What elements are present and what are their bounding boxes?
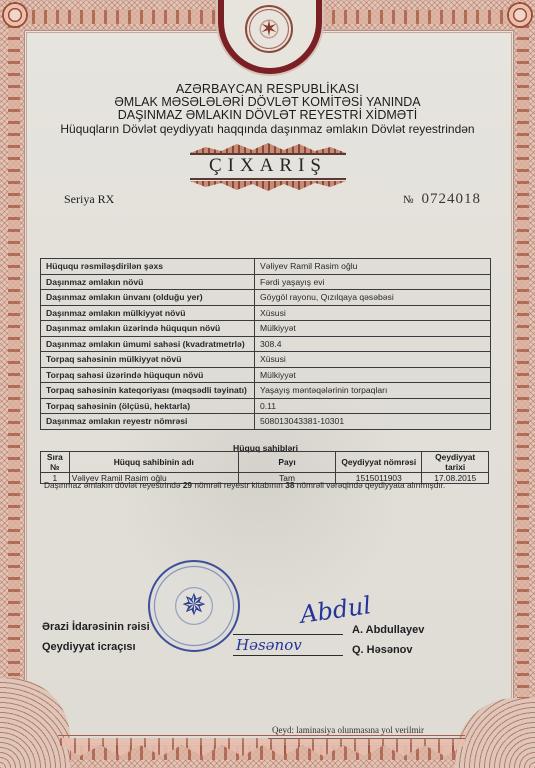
signature-registrar: Həsənov bbox=[236, 636, 302, 654]
number-value: 0724018 bbox=[422, 191, 482, 207]
header-subtitle: Hüquqların Dövlət qeydiyyatı haqqında da… bbox=[0, 122, 535, 136]
info-value: 508013043381-10301 bbox=[255, 414, 491, 430]
info-value: Yaşayış məntəqələrinin torpaqları bbox=[255, 383, 491, 399]
info-key: Daşınmaz əmlakın ünvanı (olduğu yer) bbox=[41, 290, 255, 306]
state-emblem-icon: ✶ bbox=[245, 5, 293, 53]
column-header-share: Payı bbox=[238, 452, 335, 473]
series-label: Seriya RX bbox=[64, 192, 114, 207]
info-key: Hüququ rəsmiləşdirilən şəxs bbox=[41, 259, 255, 275]
register-note-text: nömrəli vərəqində qeydiyyata alınmışdır. bbox=[294, 480, 445, 490]
seal-star-icon: ✵ bbox=[176, 588, 212, 624]
signature-line-head bbox=[233, 634, 343, 635]
info-row: Hüququ rəsmiləşdirilən şəxsVəliyev Ramil… bbox=[41, 259, 491, 275]
info-row: Torpaq sahəsi üzərində hüququn növüMülki… bbox=[41, 367, 491, 383]
column-header-reg-date: Qeydiyyat tarixi bbox=[422, 452, 489, 473]
document-title: ÇIXARIŞ bbox=[190, 155, 346, 177]
footer-note: Qeyd: laminasiya olunmasına yol verilmir bbox=[272, 725, 424, 735]
number-sign: № bbox=[403, 194, 414, 206]
info-value: Mülkiyyət bbox=[255, 321, 491, 337]
info-row: Daşınmaz əmlakın reyestr nömrəsi50801304… bbox=[41, 414, 491, 430]
info-value: Xüsusi bbox=[255, 352, 491, 368]
info-key: Torpaq sahəsinin mülkiyyət növü bbox=[41, 352, 255, 368]
info-value: Göygöl rayonu, Qızılqaya qəsəbəsi bbox=[255, 290, 491, 306]
info-row: Torpaq sahəsinin mülkiyyət növüXüsusi bbox=[41, 352, 491, 368]
register-note-text: nömrəli reyestr kitabının bbox=[192, 480, 285, 490]
info-value: 308.4 bbox=[255, 336, 491, 352]
owners-header-row: Sıra № Hüquq sahibinin adı Payı Qeydiyya… bbox=[41, 452, 489, 473]
signatory-role-registrar: Qeydiyyat icraçısı bbox=[42, 641, 136, 653]
corner-rosette-icon bbox=[2, 2, 28, 28]
register-note: Daşınmaz əmlakın dövlət reyestrində 29 n… bbox=[44, 480, 445, 490]
header-committee: ƏMLAK MƏSƏLƏLƏRİ DÖVLƏT KOMİTƏSİ YANINDA bbox=[0, 95, 535, 109]
info-row: Daşınmaz əmlakın ünvanı (olduğu yer)Göyg… bbox=[41, 290, 491, 306]
info-row: Torpaq sahəsinin (ölçüsü, hektarla)0.11 bbox=[41, 398, 491, 414]
header-country: AZƏRBAYCAN RESPUBLİKASI bbox=[0, 82, 535, 96]
column-header-index: Sıra № bbox=[41, 452, 70, 473]
info-value: Fərdi yaşayış evi bbox=[255, 274, 491, 290]
info-value: Xüsusi bbox=[255, 305, 491, 321]
info-key: Daşınmaz əmlakın növü bbox=[41, 274, 255, 290]
info-key: Daşınmaz əmlakın üzərində hüququn növü bbox=[41, 321, 255, 337]
info-key: Daşınmaz əmlakın reyestr nömrəsi bbox=[41, 414, 255, 430]
register-book-number: 29 bbox=[183, 480, 192, 490]
info-key: Daşınmaz əmlakın mülkiyyət növü bbox=[41, 305, 255, 321]
signatory-name-registrar: Q. Həsənov bbox=[352, 644, 413, 656]
info-key: Torpaq sahəsi üzərində hüququn növü bbox=[41, 367, 255, 383]
info-row: Torpaq sahəsinin kateqoriyası (məqsədli … bbox=[41, 383, 491, 399]
info-row: Daşınmaz əmlakın mülkiyyət növüXüsusi bbox=[41, 305, 491, 321]
info-key: Torpaq sahəsinin kateqoriyası (məqsədli … bbox=[41, 383, 255, 399]
signature-line-registrar bbox=[233, 655, 343, 656]
register-note-text: Daşınmaz əmlakın dövlət reyestrində bbox=[44, 480, 183, 490]
document-number: № 0724018 bbox=[403, 190, 481, 208]
info-value: Mülkiyyət bbox=[255, 367, 491, 383]
info-row: Daşınmaz əmlakın üzərində hüququn növüMü… bbox=[41, 321, 491, 337]
signatory-name-head: A. Abdullayev bbox=[352, 624, 424, 636]
property-info-table: Hüququ rəsmiləşdirilən şəxsVəliyev Ramil… bbox=[40, 258, 491, 430]
official-seal-icon: ✵ bbox=[148, 560, 240, 652]
column-header-reg-number: Qeydiyyat nömrəsi bbox=[336, 452, 422, 473]
info-row: Daşınmaz əmlakın ümumi sahəsi (kvadratme… bbox=[41, 336, 491, 352]
header-service: DAŞINMAZ ƏMLAKIN DÖVLƏT REYESTRİ XİDMƏTİ bbox=[0, 108, 535, 122]
info-row: Daşınmaz əmlakın növüFərdi yaşayış evi bbox=[41, 274, 491, 290]
info-key: Daşınmaz əmlakın ümumi sahəsi (kvadratme… bbox=[41, 336, 255, 352]
column-header-owner-name: Hüquq sahibinin adı bbox=[69, 452, 238, 473]
signatory-role-head: Ərazi İdarəsinin rəisi bbox=[42, 621, 150, 633]
info-key: Torpaq sahəsinin (ölçüsü, hektarla) bbox=[41, 398, 255, 414]
title-rule-bottom bbox=[190, 178, 346, 180]
bottom-divider bbox=[58, 735, 465, 736]
info-value: 0.11 bbox=[255, 398, 491, 414]
info-value: Vəliyev Ramil Rasim oğlu bbox=[255, 259, 491, 275]
footer-rule bbox=[268, 738, 465, 739]
corner-rosette-icon bbox=[507, 2, 533, 28]
